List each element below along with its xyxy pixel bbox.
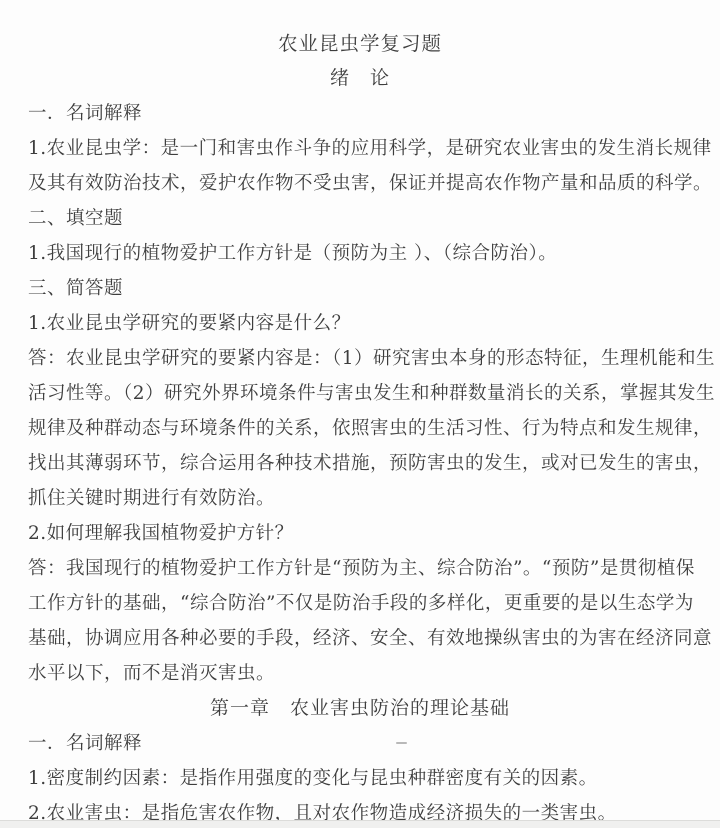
chapter-1-definition-item: 1.密度制约因素：是指作用强度的变化与昆虫种群密度有关的因素。	[0, 761, 720, 796]
chapter-1-noun-definitions-heading: 一．名词解释	[0, 726, 720, 761]
intro-section-heading: 绪 论	[0, 61, 720, 96]
answer-2-line: 工作方针的基础，“综合防治”不仅是防治手段的多样化，更重要的是以生态学为	[0, 586, 720, 621]
fill-blank-heading: 二、填空题	[0, 201, 720, 236]
answer-1-line: 答：农业昆虫学研究的要紧内容是：（1）研究害虫本身的形态特征，生理机能和生	[0, 341, 720, 376]
fill-blank-item: 1.我国现行的植物爱护工作方针是（预防为主 ）、（综合防治）。	[0, 236, 720, 271]
document-title: 农业昆虫学复习题	[0, 26, 720, 61]
answer-1-line: 活习性等。（2）研究外界环境条件与害虫发生和种群数量消长的关系，掌握其发生	[0, 376, 720, 411]
document-page: 农业昆虫学复习题 绪 论 一．名词解释 1.农业昆虫学：是一门和害虫作斗争的应用…	[0, 0, 720, 828]
answer-1-line: 找出其薄弱环节，综合运用各种技术措施，预防害虫的发生，或对已发生的害虫，	[0, 446, 720, 481]
noun-definition-line: 1.农业昆虫学：是一门和害虫作斗争的应用科学，是研究农业害虫的发生消长规律	[0, 131, 720, 166]
answer-2-line: 基础，协调应用各种必要的手段，经济、安全、有效地操纵害虫的为害在经济同意	[0, 621, 720, 656]
chapter-1-heading: 第一章 农业害虫防治的理论基础	[0, 691, 720, 726]
short-answer-heading: 三、简答题	[0, 271, 720, 306]
answer-2-line: 答：我国现行的植物爱护工作方针是“预防为主、综合防治”。“预防”是贯彻植保	[0, 551, 720, 586]
answer-1-line: 抓住关键时期进行有效防治。	[0, 481, 720, 516]
scan-page-bottom-edge	[0, 820, 720, 828]
noun-definition-line: 及其有效防治技术，爱护农作物不受虫害，保证并提高农作物产量和品质的科学。	[0, 166, 720, 201]
noun-definitions-heading: 一．名词解释	[0, 96, 720, 131]
answer-2-line: 水平以下，而不是消灭害虫。	[0, 656, 720, 691]
question-1: 1.农业昆虫学研究的要紧内容是什么？	[0, 306, 720, 341]
scan-artifact-dash	[396, 742, 407, 744]
question-2: 2.如何理解我国植物爱护方针？	[0, 516, 720, 551]
answer-1-line: 规律及种群动态与环境条件的关系，依照害虫的生活习性、行为特点和发生规律，	[0, 411, 720, 446]
